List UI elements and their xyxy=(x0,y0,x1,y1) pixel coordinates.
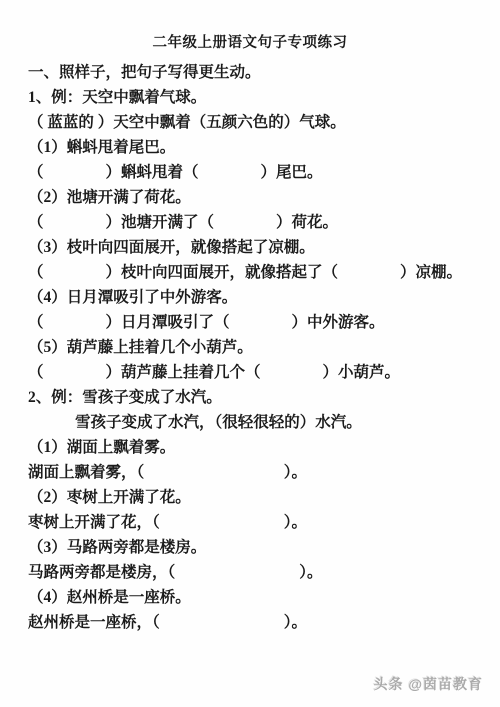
q7-sentence-line: （2）枣树上开满了花。 xyxy=(28,485,496,510)
q8-blank-line: 马路两旁都是楼房，（ ）。 xyxy=(28,560,496,585)
q3-sentence-line: （3）枝叶向四面展开，就像搭起了凉棚。 xyxy=(28,235,496,260)
worksheet-page: 二年级上册语文句子专项练习 一、照样子，把句子写得更生动。 1、例：天空中飘着气… xyxy=(0,0,500,707)
q4-sentence-line: （4）日月潭吸引了中外游客。 xyxy=(28,285,496,310)
q9-blank-line: 赵州桥是一座桥，（ ）。 xyxy=(28,610,496,635)
q5-sentence-line: （5）葫芦藤上挂着几个小葫芦。 xyxy=(28,335,496,360)
q3-blank-line: （ ）枝叶向四面展开，就像搭起了（ ）凉棚。 xyxy=(28,260,496,285)
q5-blank-line: （ ）葫芦藤上挂着几个（ ）小葫芦。 xyxy=(28,360,496,385)
q4-blank-line: （ ）日月潭吸引了（ ）中外游客。 xyxy=(28,310,496,335)
example-2-answer-line: 雪孩子变成了水汽，（很轻很轻的）水汽。 xyxy=(28,410,496,435)
publisher-watermark: 头条 @茵苗教育 xyxy=(373,674,483,694)
q6-blank-line: 湖面上飘着雾，（ ）。 xyxy=(28,460,496,485)
section-1-heading: 一、照样子，把句子写得更生动。 xyxy=(28,60,496,85)
example-1-line: 1、例：天空中飘着气球。 xyxy=(28,85,496,110)
q6-sentence-line: （1）湖面上飘着雾。 xyxy=(28,435,496,460)
q2-blank-line: （ ）池塘开满了（ ）荷花。 xyxy=(28,210,496,235)
q2-sentence-line: （2）池塘开满了荷花。 xyxy=(28,185,496,210)
q8-sentence-line: （3）马路两旁都是楼房。 xyxy=(28,535,496,560)
page-title: 二年级上册语文句子专项练习 xyxy=(0,0,500,54)
worksheet-body: 一、照样子，把句子写得更生动。 1、例：天空中飘着气球。 （ 蓝蓝的 ）天空中飘… xyxy=(28,60,496,635)
q9-sentence-line: （4）赵州桥是一座桥。 xyxy=(28,585,496,610)
q7-blank-line: 枣树上开满了花，（ ）。 xyxy=(28,510,496,535)
q1-sentence-line: （1）蝌蚪甩着尾巴。 xyxy=(28,135,496,160)
example-2-line: 2、例：雪孩子变成了水汽。 xyxy=(28,385,496,410)
q1-blank-line: （ ）蝌蚪甩着（ ）尾巴。 xyxy=(28,160,496,185)
example-1-answer-line: （ 蓝蓝的 ）天空中飘着（五颜六色的）气球。 xyxy=(28,110,496,135)
